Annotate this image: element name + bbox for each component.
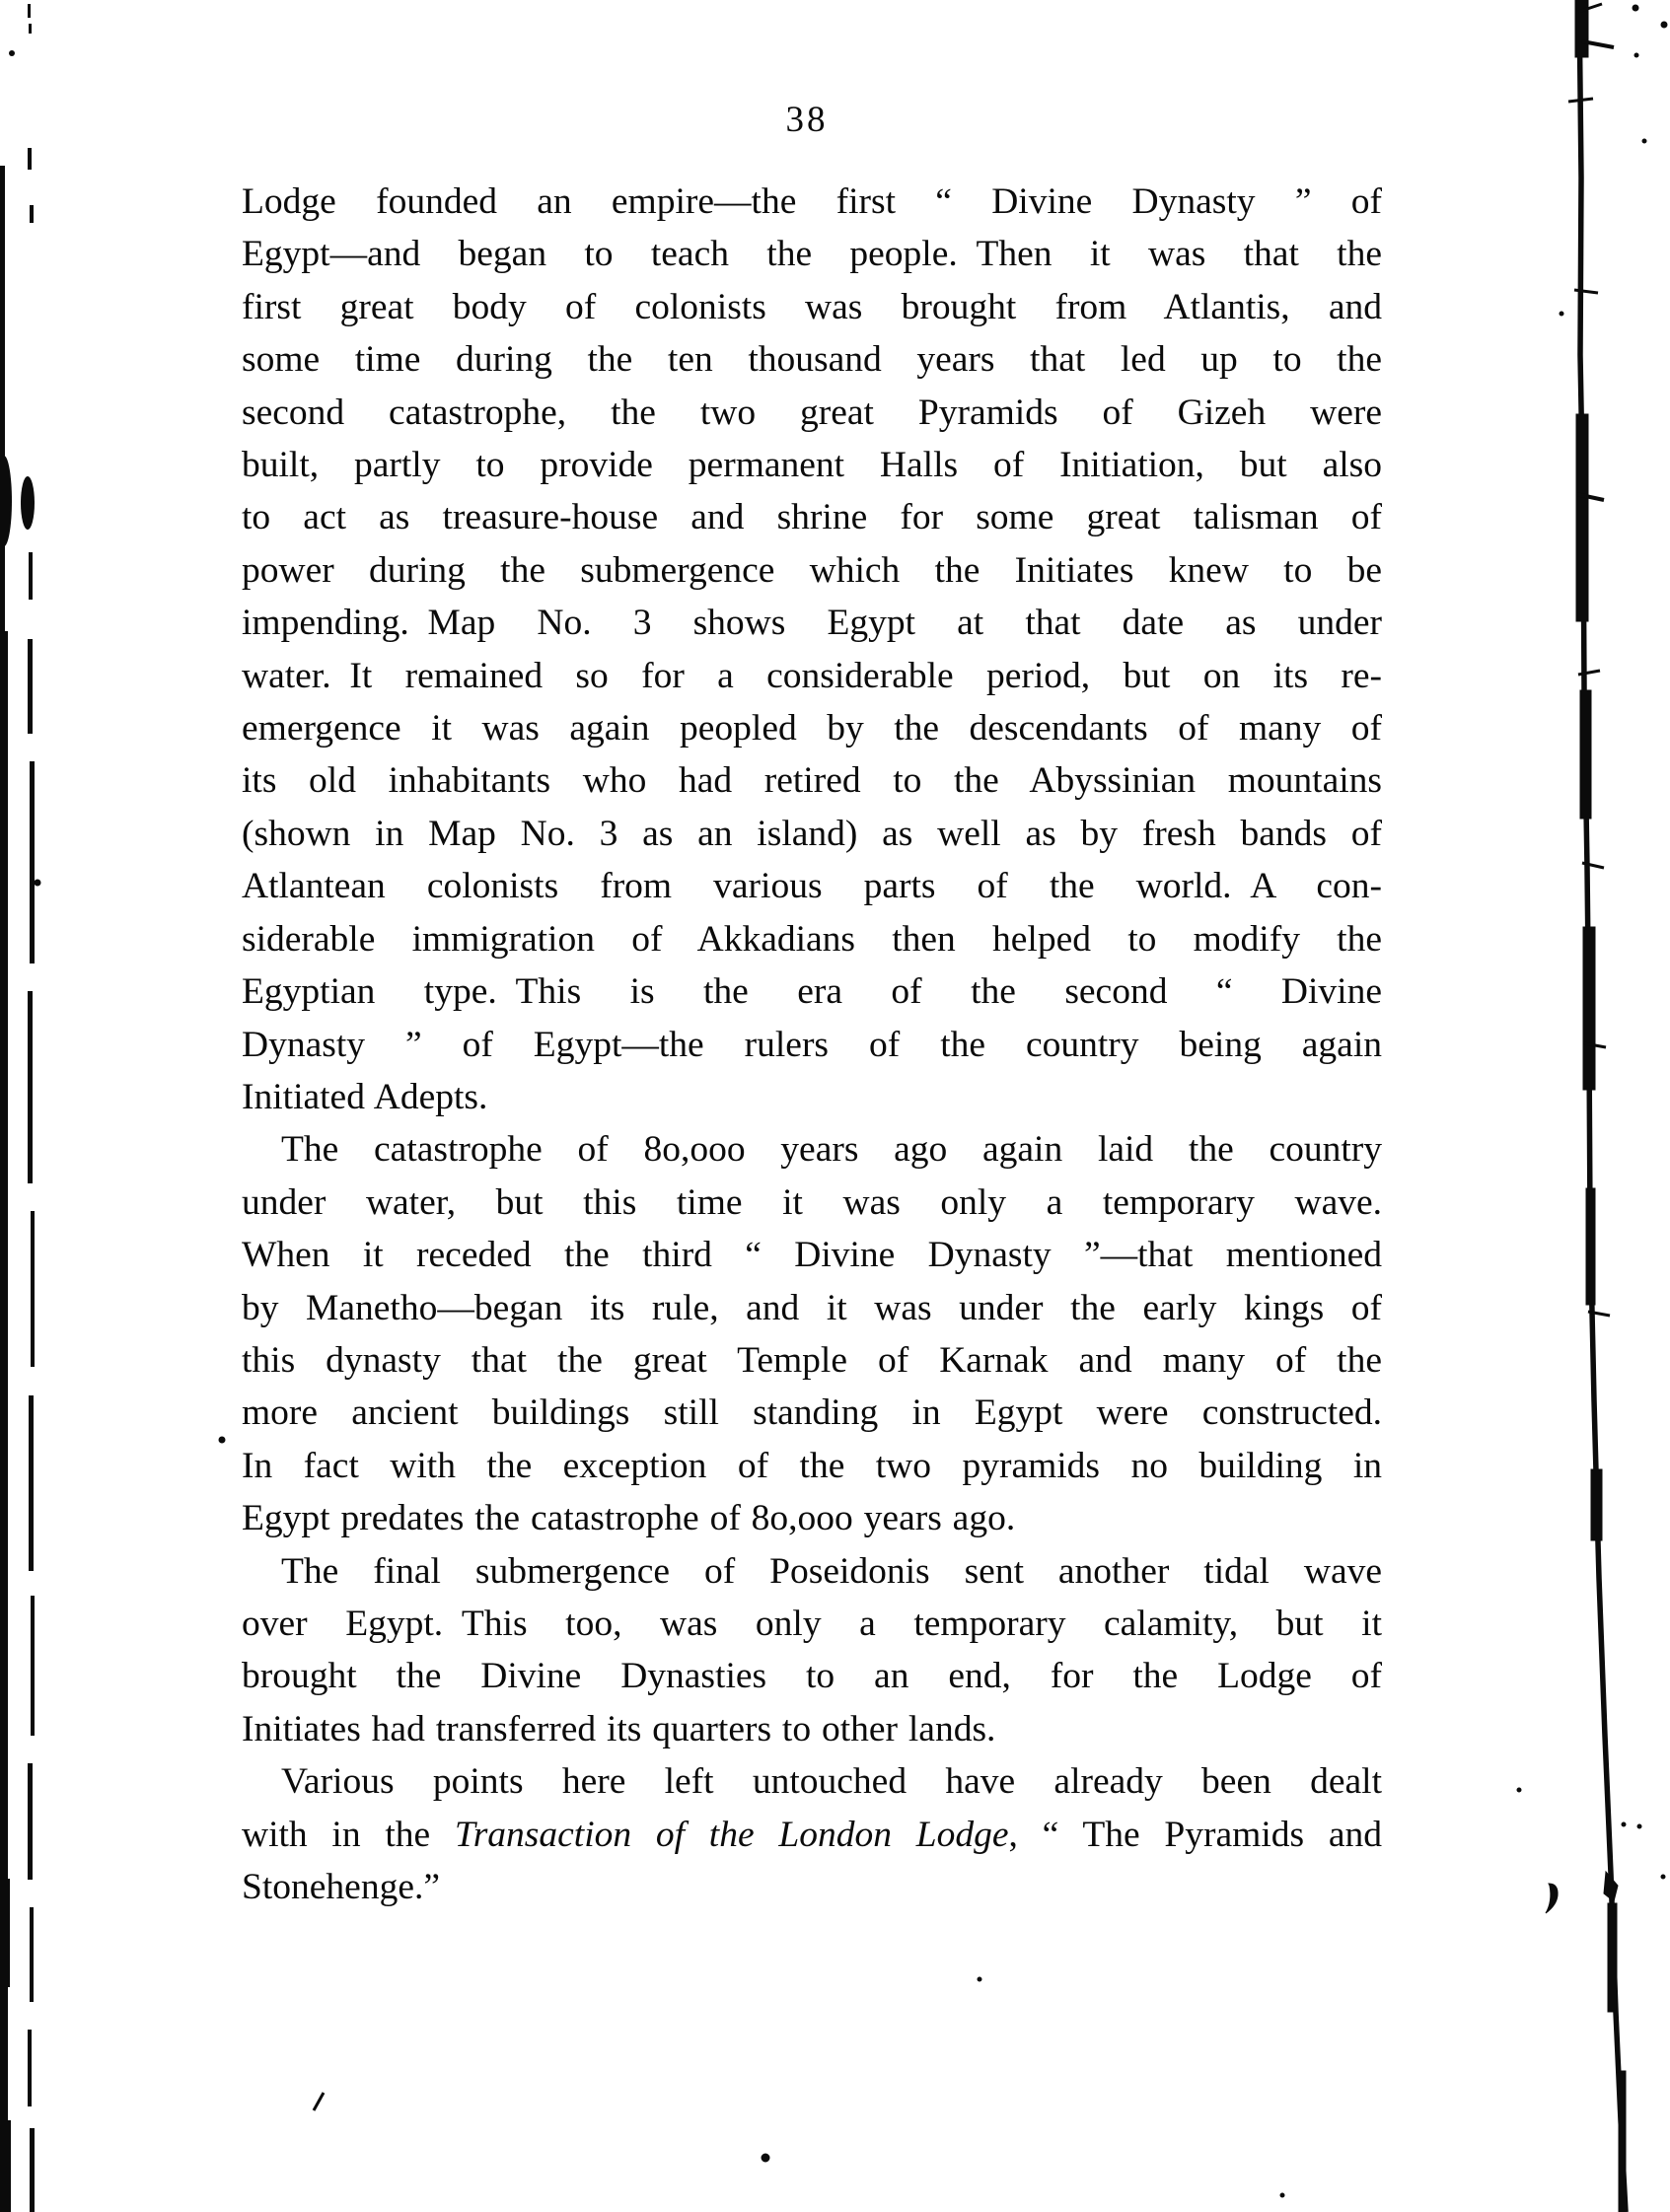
text-line: Lodge founded an empire—the first “ Divi… [242,176,1382,228]
text-line: siderable immigration of Akkadians then … [242,913,1382,965]
text-line: Egyptian type. This is the era of the se… [242,965,1382,1018]
text-line: Initiates had transferred its quarters t… [242,1703,1382,1755]
text-line: built, partly to provide permanent Halls… [242,439,1382,491]
text-line: first great body of colonists was brough… [242,281,1382,333]
paragraph: Lodge founded an empire—the first “ Divi… [242,176,1382,1123]
text-line: The catastrophe of 8o,ooo years ago agai… [242,1123,1382,1176]
left-gutter-dashes [9,4,35,2212]
text-line: brought the Divine Dynasties to an end, … [242,1650,1382,1702]
page-number: 38 [767,99,846,141]
text-line: its old inhabitants who had retired to t… [242,754,1382,807]
text-segment: , “ The Pyramids and [1009,1815,1382,1855]
text-line: When it receded the third “ Divine Dynas… [242,1229,1382,1281]
text-line: more ancient buildings still standing in… [242,1387,1382,1439]
text-block: Lodge founded an empire—the first “ Divi… [242,176,1382,1913]
book-page-scan: 38 Lodge founded an empire—the first “ D… [0,0,1670,2212]
text-line: Dynasty ” of Egypt—the rulers of the cou… [242,1019,1382,1071]
text-segment: with in the [242,1815,455,1855]
text-line: Egypt predates the catastrophe of 8o,ooo… [242,1492,1382,1544]
paragraph: The final submergence of Poseidonis sent… [242,1545,1382,1756]
text-line: Stonehenge.” [242,1861,1382,1913]
paragraph: The catastrophe of 8o,ooo years ago agai… [242,1123,1382,1544]
text-line: emergence it was again peopled by the de… [242,702,1382,754]
right-binding-line [1568,0,1626,2212]
text-line: over Egypt. This too, was only a tempora… [242,1598,1382,1650]
text-line: The final submergence of Poseidonis sent… [242,1545,1382,1598]
text-line: In fact with the exception of the two py… [242,1440,1382,1492]
text-line: this dynasty that the great Temple of Ka… [242,1334,1382,1387]
text-line: Various points here left untouched have … [242,1755,1382,1808]
text-line: with in the Transaction of the London Lo… [242,1809,1382,1861]
text-line: second catastrophe, the two great Pyrami… [242,387,1382,439]
text-line: some time during the ten thousand years … [242,333,1382,386]
text-line: by Manetho—began its rule, and it was un… [242,1282,1382,1334]
text-line: Egypt—and began to teach the people. The… [242,228,1382,280]
text-line: water. It remained so for a considerable… [242,650,1382,702]
text-line: Initiated Adepts. [242,1071,1382,1123]
paragraph: Various points here left untouched have … [242,1755,1382,1913]
text-line: under water, but this time it was only a… [242,1177,1382,1229]
left-edge-strip [0,166,12,2212]
text-line: Atlantean colonists from various parts o… [242,860,1382,912]
text-line: (shown in Map No. 3 as an island) as wel… [242,808,1382,860]
text-line: power during the submergence which the I… [242,544,1382,597]
text-line: to act as treasure-house and shrine for … [242,491,1382,543]
text-line: impending. Map No. 3 shows Egypt at that… [242,597,1382,649]
italic-book-title: Transaction of the London Lodge [455,1815,1009,1855]
